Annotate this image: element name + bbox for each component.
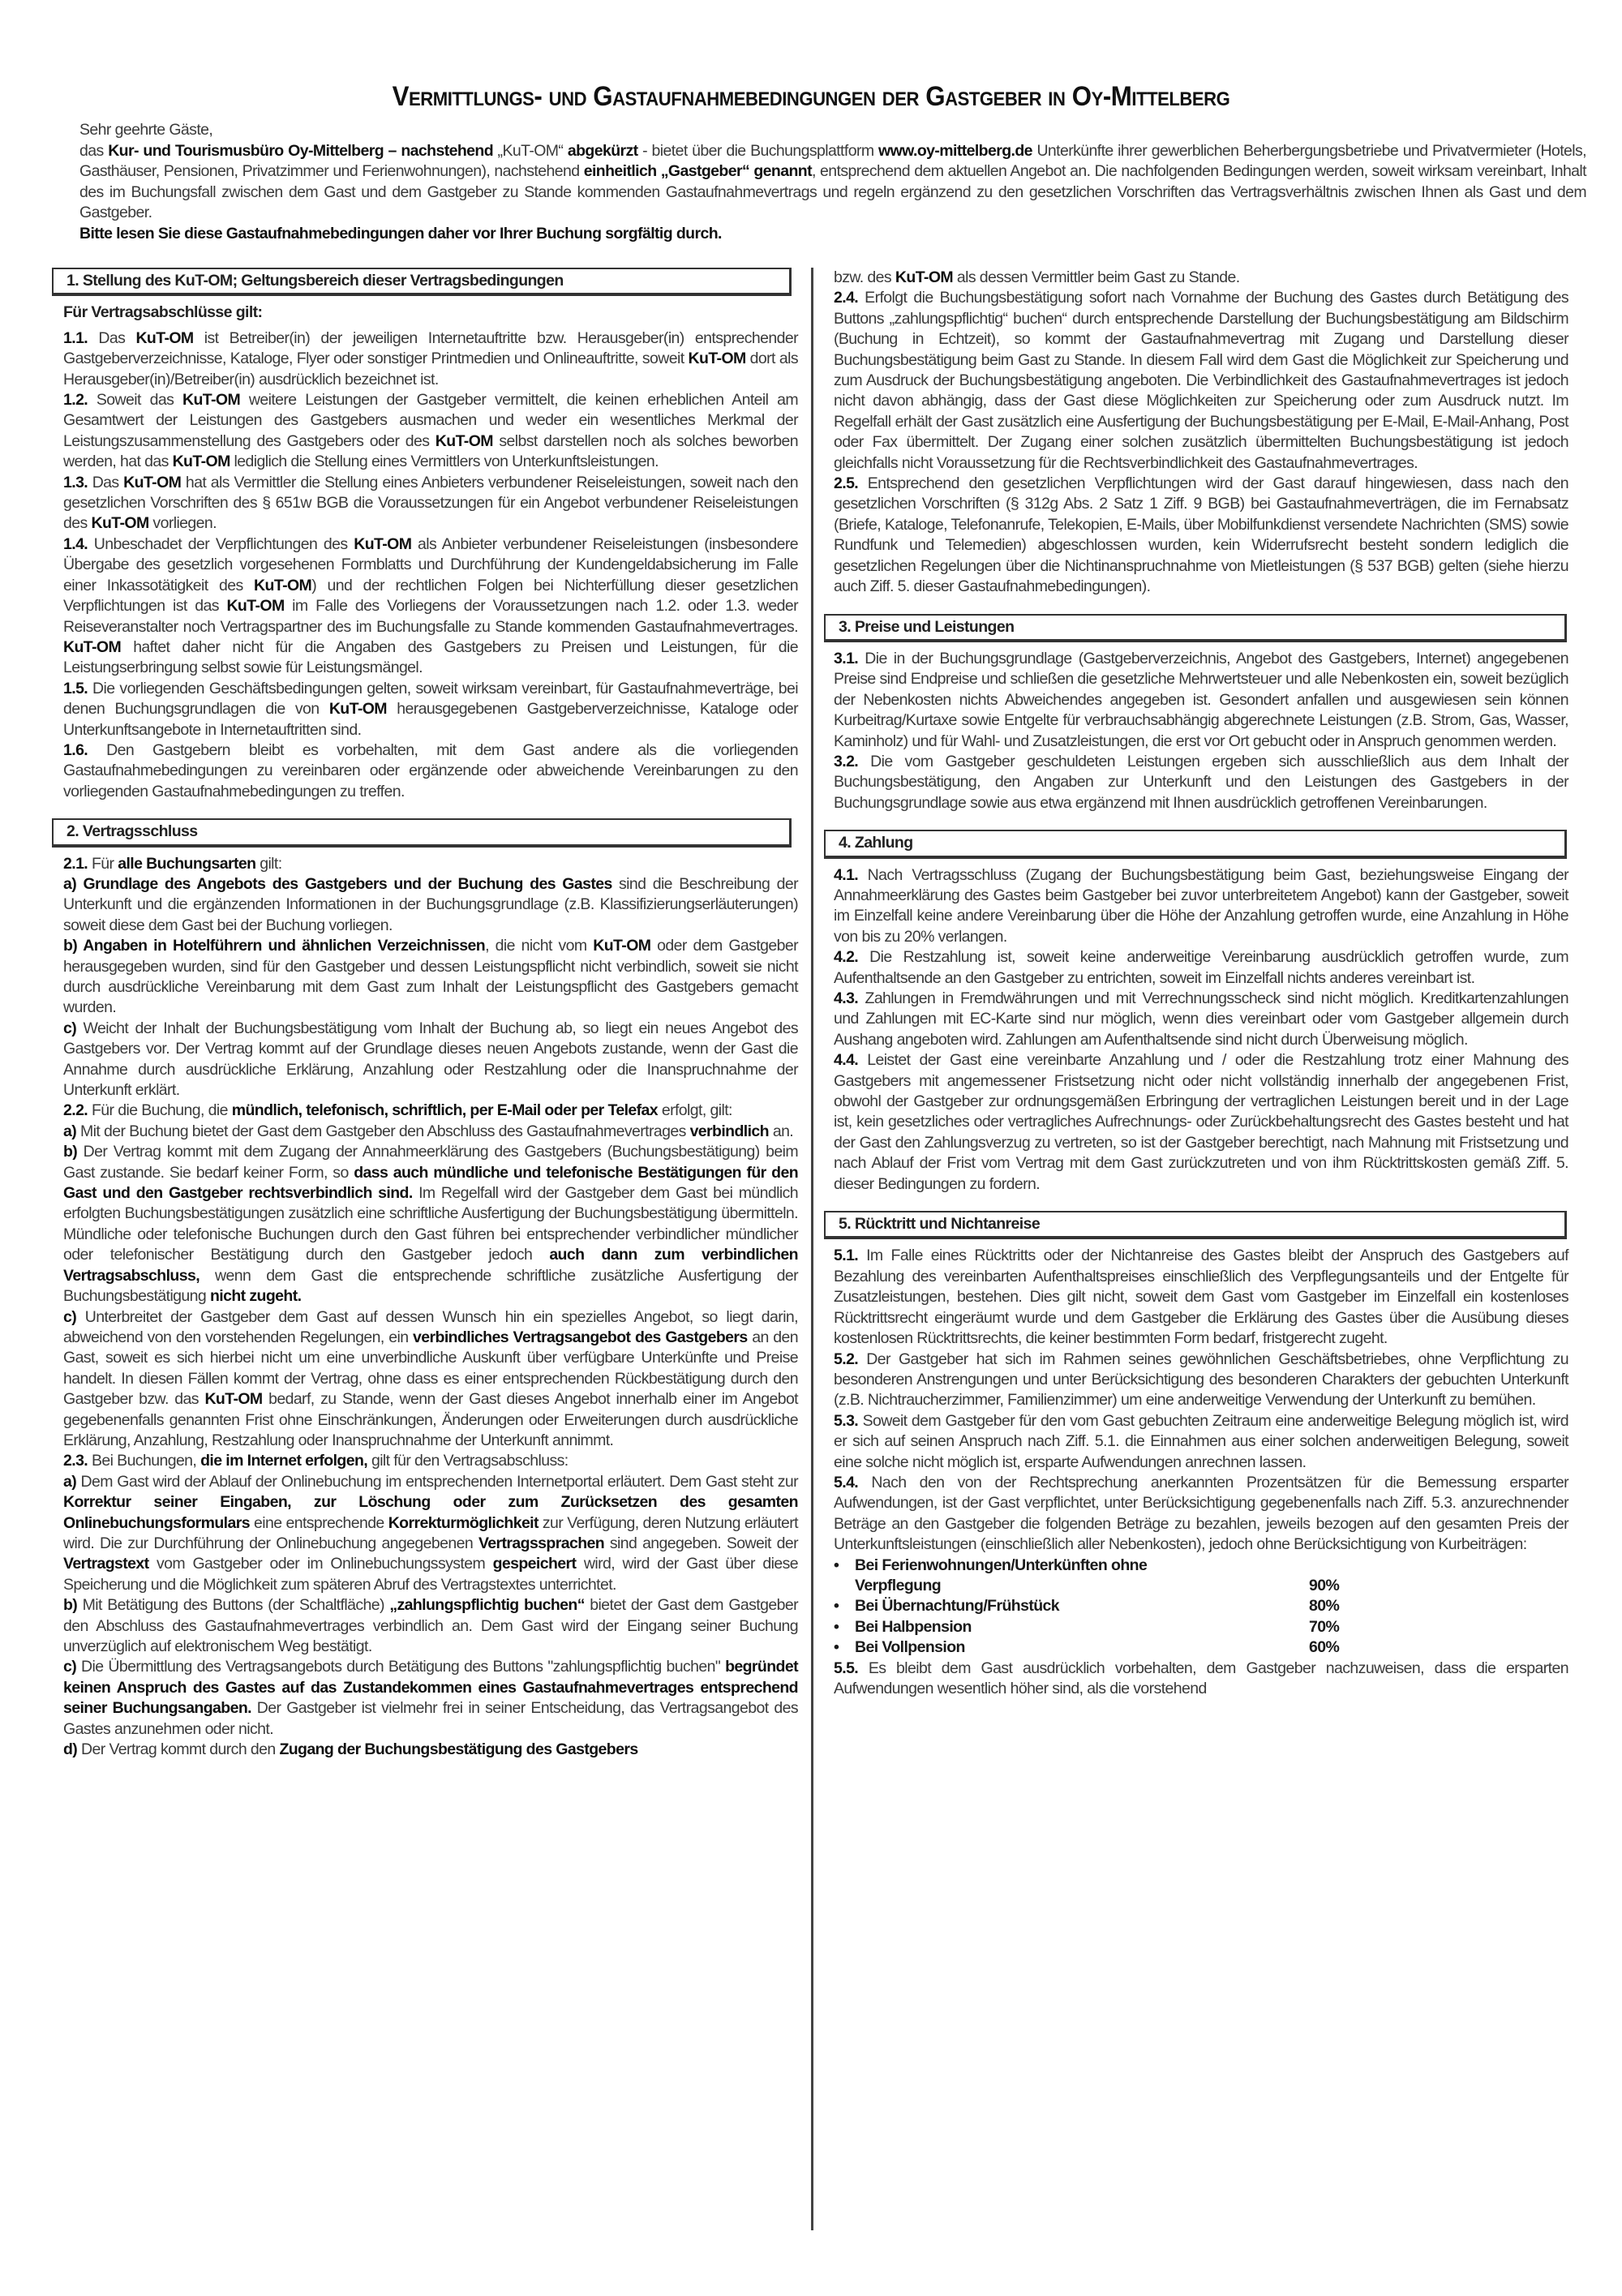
text: erfolgt, gilt:: [658, 1101, 732, 1119]
clause-2-5: 2.5. Entsprechend den gesetzlichen Verpf…: [834, 474, 1568, 597]
rate-row: •Bei Halbpension70%: [834, 1617, 1568, 1637]
bold-text: einheitlich „Gastgeber“ genannt: [584, 162, 812, 180]
bold-text: KuT-OM: [226, 597, 284, 615]
bold-text: Vertragstext: [63, 1555, 149, 1573]
bullet-icon: •: [834, 1596, 855, 1616]
section-heading-4: 4. Zahlung: [824, 830, 1567, 858]
text: , die nicht vom: [485, 937, 593, 955]
text: vom Gastgeber oder im Onlinebuchungssyst…: [149, 1555, 493, 1573]
clause-2-2: 2.2. Für die Buchung, die mündlich, tele…: [63, 1101, 798, 1121]
text: gilt:: [255, 855, 281, 873]
clause-number: 4.3.: [834, 989, 858, 1007]
text: Das: [88, 474, 123, 491]
item-label: a): [63, 1122, 76, 1140]
bold-text: die im Internet erfolgen,: [200, 1452, 367, 1470]
text: Für die Buchung, die: [88, 1101, 232, 1119]
rate-percent: 60%: [1309, 1637, 1339, 1658]
clause-1-5: 1.5. Die vorliegenden Geschäftsbedingung…: [63, 679, 798, 740]
clause-2-2-c: c) Unterbreitet der Gastgeber dem Gast a…: [63, 1307, 798, 1452]
bold-text: verbindliches Vertragsangebot des Gastge…: [413, 1328, 748, 1346]
text: Die vom Gastgeber geschuldeten Leistunge…: [834, 753, 1568, 812]
item-label: b): [63, 937, 77, 955]
clause-number: 2.5.: [834, 474, 858, 492]
item-label: d): [63, 1740, 77, 1758]
clause-number: 1.5.: [63, 680, 88, 697]
clause-2-2-a: a) Mit der Buchung bietet der Gast dem G…: [63, 1122, 798, 1142]
clause-number: 5.1.: [834, 1247, 858, 1264]
text: Nach den von der Rechtsprechung anerkann…: [834, 1474, 1568, 1553]
clause-4-2: 4.2. Die Restzahlung ist, soweit keine a…: [834, 947, 1568, 989]
text: Weicht der Inhalt der Buchungsbestätigun…: [63, 1019, 798, 1099]
text: - bietet über die Buchungsplattform: [638, 142, 878, 160]
clause-number: 5.3.: [834, 1412, 858, 1430]
item-label: c): [63, 1019, 76, 1037]
clause-3-2: 3.2. Die vom Gastgeber geschuldeten Leis…: [834, 752, 1568, 813]
clause-number: 1.3.: [63, 474, 88, 491]
cancellation-rates-list: •Bei Ferienwohnungen/Unterkünften ohne V…: [834, 1556, 1568, 1659]
bullet-icon: •: [834, 1637, 855, 1658]
clause-5-4: 5.4. Nach den von der Rechtsprechung ane…: [834, 1473, 1568, 1556]
bold-text: KuT-OM: [173, 453, 230, 470]
text: als dessen Vermittler beim Gast zu Stand…: [953, 268, 1240, 286]
text: lediglich die Stellung eines Vermittlers…: [230, 453, 659, 470]
item-label: a): [63, 1473, 76, 1491]
text: Das: [88, 329, 135, 347]
text: Zahlungen in Fremdwährungen und mit Verr…: [834, 989, 1568, 1049]
bold-text: Vertragssprachen: [478, 1534, 604, 1552]
text: Erfolgt die Buchungsbestätigung sofort n…: [834, 289, 1568, 471]
clause-number: 2.1.: [63, 855, 88, 873]
item-label: b): [63, 1596, 77, 1614]
rate-label: Bei Ferienwohnungen/Unterkünften ohne: [855, 1556, 1309, 1576]
right-column: bzw. des KuT-OM als dessen Vermittler be…: [834, 268, 1568, 1699]
text: bzw. des: [834, 268, 895, 286]
clause-1-3: 1.3. Das KuT-OM hat als Vermittler die S…: [63, 473, 798, 534]
rate-row: •Bei Übernachtung/Frühstück80%: [834, 1596, 1568, 1616]
clause-number: 1.2.: [63, 391, 88, 409]
clause-5-1: 5.1. Im Falle eines Rücktritts oder der …: [834, 1246, 1568, 1349]
website-link[interactable]: www.oy-mittelberg.de: [878, 142, 1032, 160]
clause-number: 2.2.: [63, 1101, 88, 1119]
text: Mit Betätigung des Buttons (der Schaltfl…: [77, 1596, 389, 1614]
clause-1-6: 1.6. Den Gastgebern bleibt es vorbehalte…: [63, 740, 798, 802]
text: Soweit dem Gastgeber für den vom Gast ge…: [834, 1412, 1568, 1471]
bold-text: KuT-OM: [204, 1390, 262, 1408]
clause-2-3-b: b) Mit Betätigung des Buttons (der Schal…: [63, 1595, 798, 1657]
clause-number: 3.1.: [834, 650, 858, 667]
text: Unbeschadet der Verpflichtungen des: [88, 535, 354, 553]
clause-number: 1.1.: [63, 329, 88, 347]
text: Die Restzahlung ist, soweit keine anderw…: [834, 948, 1568, 986]
intro-paragraph: Sehr geehrte Gäste, das Kur- und Tourism…: [79, 120, 1586, 245]
spacer: [834, 598, 1568, 614]
bold-text: KuT-OM: [91, 514, 148, 532]
text: vorliegen.: [149, 514, 217, 532]
clause-4-3: 4.3. Zahlungen in Fremdwährungen und mit…: [834, 989, 1568, 1050]
text: Soweit das: [88, 391, 182, 409]
bold-text: KuT-OM: [63, 638, 121, 656]
rate-percent: 90%: [1309, 1576, 1339, 1596]
clause-2-3-a: a) Dem Gast wird der Ablauf der Onlinebu…: [63, 1472, 798, 1595]
item-label: c): [63, 1658, 76, 1676]
rate-label: Verpflegung: [855, 1576, 1309, 1596]
clause-3-1: 3.1. Die in der Buchungsgrundlage (Gastg…: [834, 649, 1568, 752]
text: Mit der Buchung bietet der Gast dem Gast…: [76, 1122, 689, 1140]
clause-number: 4.1.: [834, 866, 858, 884]
bold-text: mündlich, telefonisch, schriftlich, per …: [232, 1101, 658, 1119]
clause-number: 2.3.: [63, 1452, 88, 1470]
bullet-icon: [834, 1576, 855, 1596]
rate-label: Bei Vollpension: [855, 1637, 1309, 1658]
document-page: Vermittlungs- und Gastaufnahmebedingunge…: [0, 0, 1622, 2296]
bold-text: KuT-OM: [182, 391, 240, 409]
clause-number: 2.4.: [834, 289, 858, 307]
section-heading-3: 3. Preise und Leistungen: [824, 614, 1567, 642]
text: Es bleibt dem Gast ausdrücklich vorbehal…: [834, 1659, 1568, 1697]
rate-row: •Bei Ferienwohnungen/Unterkünften ohne: [834, 1556, 1568, 1576]
text: Nach Vertragsschluss (Zugang der Buchung…: [834, 866, 1568, 946]
rate-percent: 70%: [1309, 1617, 1339, 1637]
text: Für: [88, 855, 118, 873]
intro-notice: Bitte lesen Sie diese Gastaufnahmebeding…: [79, 224, 1586, 245]
section-1-subheading: Für Vertragsabschlüsse gilt:: [63, 303, 798, 323]
column-divider: [811, 268, 813, 2230]
bold-text: Korrekturmöglichkeit: [388, 1514, 539, 1532]
bold-text: Zugang der Buchungsbestätigung des Gastg…: [279, 1740, 637, 1758]
text: Die Übermittlung des Vertragsangebots du…: [76, 1658, 725, 1676]
text: an.: [769, 1122, 793, 1140]
clause-2-2-b: b) Der Vertrag kommt mit dem Zugang der …: [63, 1142, 798, 1307]
clause-2-1-c: c) Weicht der Inhalt der Buchungsbestäti…: [63, 1019, 798, 1101]
rate-label: Bei Übernachtung/Frühstück: [855, 1596, 1309, 1616]
text: „KuT-OM“: [493, 142, 568, 160]
text: Der Gastgeber hat sich im Rahmen seines …: [834, 1350, 1568, 1410]
bold-text: gespeichert: [493, 1555, 577, 1573]
text: Im Falle eines Rücktritts oder der Nicht…: [834, 1247, 1568, 1347]
bold-text: alle Buchungsarten: [118, 855, 255, 873]
text: Dem Gast wird der Ablauf der Onlinebuchu…: [76, 1473, 798, 1491]
clause-number: 5.2.: [834, 1350, 858, 1368]
text: gilt für den Vertragsabschluss:: [367, 1452, 568, 1470]
clause-1-2: 1.2. Soweit das KuT-OM weitere Leistunge…: [63, 390, 798, 473]
rate-percent: 80%: [1309, 1596, 1339, 1616]
section-heading-1: 1. Stellung des KuT-OM; Geltungsbereich …: [52, 268, 792, 296]
clause-2-3-d-start: d) Der Vertrag kommt durch den Zugang de…: [63, 1740, 798, 1760]
clause-number: 5.4.: [834, 1474, 858, 1491]
bold-text: KuT-OM: [123, 474, 181, 491]
bold-text: abgekürzt: [568, 142, 638, 160]
bold-text: KuT-OM: [135, 329, 193, 347]
item-label: a): [63, 875, 76, 893]
clause-2-3-d-end: bzw. des KuT-OM als dessen Vermittler be…: [834, 268, 1568, 288]
clause-4-1: 4.1. Nach Vertragsschluss (Zugang der Bu…: [834, 865, 1568, 948]
rate-row: •Bei Vollpension60%: [834, 1637, 1568, 1658]
bold-text: KuT-OM: [689, 350, 746, 367]
bold-text: verbindlich: [690, 1122, 769, 1140]
bold-text: KuT-OM: [254, 577, 311, 594]
bullet-icon: •: [834, 1556, 855, 1576]
left-column: 1. Stellung des KuT-OM; Geltungsbereich …: [63, 268, 798, 1760]
text: Den Gastgebern bleibt es vorbehalten, mi…: [63, 741, 798, 800]
item-label: b): [63, 1143, 77, 1161]
bullet-icon: •: [834, 1617, 855, 1637]
text: sind angegeben. Soweit der: [604, 1534, 798, 1552]
text: eine entsprechende: [250, 1514, 388, 1532]
clause-number: 4.2.: [834, 948, 858, 966]
clause-5-2: 5.2. Der Gastgeber hat sich im Rahmen se…: [834, 1350, 1568, 1411]
text: Leistet der Gast eine vereinbarte Anzahl…: [834, 1051, 1568, 1192]
clause-1-4: 1.4. Unbeschadet der Verpflichtungen des…: [63, 534, 798, 679]
spacer: [834, 813, 1568, 830]
greeting: Sehr geehrte Gäste,: [79, 120, 1586, 141]
clause-number: 4.4.: [834, 1051, 858, 1069]
clause-2-3: 2.3. Bei Buchungen, die im Internet erfo…: [63, 1451, 798, 1471]
bold-text: KuT-OM: [354, 535, 411, 553]
clause-2-1-b: b) Angaben in Hotelführern und ähnlichen…: [63, 936, 798, 1019]
clause-1-1: 1.1. Das KuT-OM ist Betreiber(in) der je…: [63, 328, 798, 390]
document-title: Vermittlungs- und Gastaufnahmebedingunge…: [65, 81, 1557, 113]
text: Die in der Buchungsgrundlage (Gastgeberv…: [834, 650, 1568, 750]
bold-text: KuT-OM: [895, 268, 953, 286]
clause-2-4: 2.4. Erfolgt die Buchungsbestätigung sof…: [834, 288, 1568, 474]
bold-text: Kur- und Tourismusbüro Oy-Mittelberg – n…: [108, 142, 493, 160]
spacer: [63, 802, 798, 818]
item-label: c): [63, 1308, 76, 1326]
text: haftet daher nicht für die Angaben des G…: [63, 638, 798, 676]
clause-number: 5.5.: [834, 1659, 858, 1677]
bold-text: nicht zugeht.: [210, 1287, 301, 1305]
clause-2-1: 2.1. Für alle Buchungsarten gilt:: [63, 854, 798, 874]
clause-5-3: 5.3. Soweit dem Gastgeber für den vom Ga…: [834, 1411, 1568, 1473]
bold-text: Grundlage des Angebots des Gastgebers un…: [76, 875, 612, 893]
rate-row: Verpflegung90%: [834, 1576, 1568, 1596]
clause-number: 3.2.: [834, 753, 858, 770]
section-heading-2: 2. Vertragsschluss: [52, 818, 792, 847]
rate-label: Bei Halbpension: [855, 1617, 1309, 1637]
bold-text: KuT-OM: [593, 937, 650, 955]
intro-body: das Kur- und Tourismusbüro Oy-Mittelberg…: [79, 141, 1586, 224]
section-heading-5: 5. Rücktritt und Nichtanreise: [824, 1211, 1567, 1239]
text: das: [79, 142, 108, 160]
clause-5-5: 5.5. Es bleibt dem Gast ausdrücklich vor…: [834, 1659, 1568, 1700]
text: Entsprechend den gesetzlichen Verpflicht…: [834, 474, 1568, 595]
bold-text: KuT-OM: [436, 432, 493, 450]
bold-text: Angaben in Hotelführern und ähnlichen Ve…: [77, 937, 485, 955]
spacer: [834, 1195, 1568, 1211]
clause-number: 1.6.: [63, 741, 88, 759]
clause-number: 1.4.: [63, 535, 88, 553]
clause-2-3-c: c) Die Übermittlung des Vertragsangebots…: [63, 1657, 798, 1740]
bold-text: „zahlungspflichtig buchen“: [389, 1596, 585, 1614]
bold-text: Bitte lesen Sie diese Gastaufnahmebeding…: [79, 225, 722, 242]
text: Bei Buchungen,: [88, 1452, 200, 1470]
bold-text: KuT-OM: [329, 700, 387, 718]
text: Der Vertrag kommt durch den: [77, 1740, 279, 1758]
clause-2-1-a: a) Grundlage des Angebots des Gastgebers…: [63, 874, 798, 936]
clause-4-4: 4.4. Leistet der Gast eine vereinbarte A…: [834, 1050, 1568, 1195]
